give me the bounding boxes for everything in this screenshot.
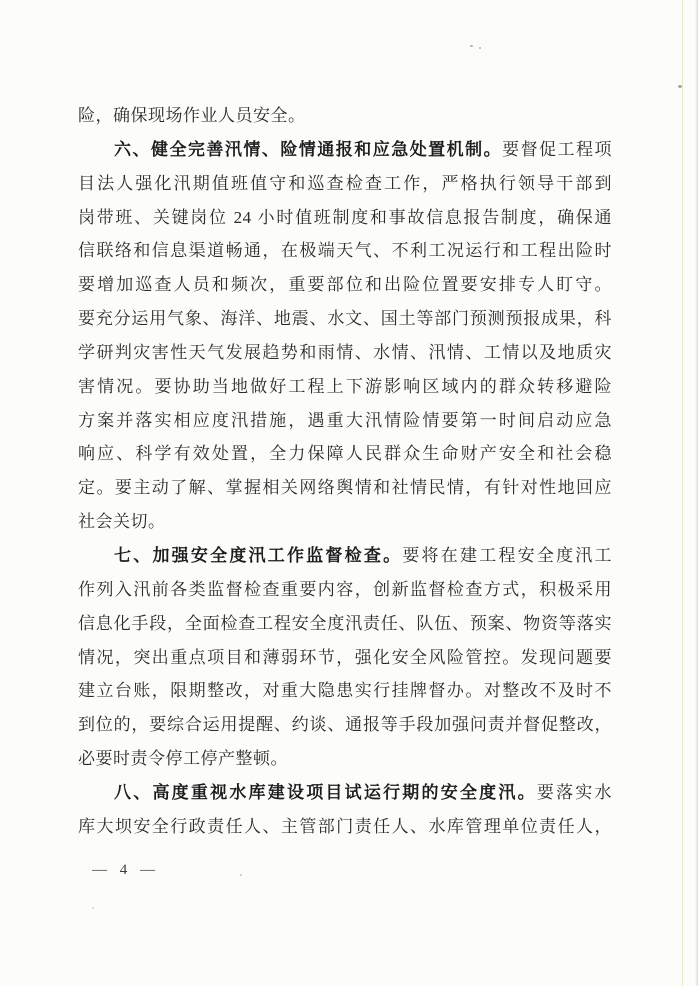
document-body: 险，确保现场作业人员安全。六、健全完善汛情、险情通报和应急处置机制。要督促工程项… [78,99,612,844]
body-text: 库大坝安全行政责任人、主管部门责任人、水库管理单位责任人， [78,817,612,836]
scan-speck [92,907,94,909]
text-line: 响应、科学有效处置，全力保障人民群众生命财产安全和社会稳 [78,437,612,471]
text-line: 险，确保现场作业人员安全。 [78,99,612,133]
body-text: 岗带班、关键岗位 24 小时值班制度和事故信息报告制度，确保通 [78,208,612,227]
text-line: 库大坝安全行政责任人、主管部门责任人、水库管理单位责任人， [78,810,612,844]
text-line: 害情况。要协助当地做好工程上下游影响区域内的群众转移避险 [78,370,612,404]
body-text: 必要时责令停工停产整顿。 [78,749,288,768]
scan-line-artifact [682,0,683,986]
body-text: 社会关切。 [78,512,166,531]
body-text: 目法人强化汛期值班值守和巡查检查工作，严格执行领导干部到 [78,174,612,193]
scan-speck [678,85,682,88]
text-line: 必要时责令停工停产整顿。 [78,742,612,776]
body-text: 害情况。要协助当地做好工程上下游影响区域内的群众转移避险 [78,377,612,396]
text-line: 八、高度重视水库建设项目试运行期的安全度汛。要落实水 [78,776,612,810]
text-line: 六、健全完善汛情、险情通报和应急处置机制。要督促工程项 [78,133,612,167]
text-line: 要充分运用气象、海洋、地震、水文、国土等部门预测预报成果，科 [78,302,612,336]
body-text: 要充分运用气象、海洋、地震、水文、国土等部门预测预报成果，科 [78,309,612,328]
section-heading: 七、加强安全度汛工作监督检查。 [114,546,402,565]
document-page: 险，确保现场作业人员安全。六、健全完善汛情、险情通报和应急处置机制。要督促工程项… [0,0,698,986]
body-text: 方案并落实相应度汛措施，遇重大汛情险情要第一时间启动应急 [78,411,612,430]
text-line: 社会关切。 [78,505,612,539]
body-text: 要落实水 [537,783,612,802]
scan-speck [240,874,242,876]
body-text: 建立台账，限期整改，对重大隐患实行挂牌督办。对整改不及时不 [78,681,612,700]
text-line: 情况，突出重点项目和薄弱环节，强化安全风险管控。发现问题要 [78,641,612,675]
scan-speck [479,47,481,49]
body-text: 到位的，要综合运用提醒、约谈、通报等手段加强问责并督促整改， [78,715,612,734]
text-line: 七、加强安全度汛工作监督检查。要将在建工程安全度汛工 [78,539,612,573]
body-text: 要将在建工程安全度汛工 [402,546,612,565]
section-heading: 八、高度重视水库建设项目试运行期的安全度汛。 [114,783,537,802]
text-line: 信息化手段，全面检查工程安全度汛责任、队伍、预案、物资等落实 [78,607,612,641]
scan-speck [470,45,473,47]
text-line: 目法人强化汛期值班值守和巡查检查工作，严格执行领导干部到 [78,167,612,201]
body-text: 定。要主动了解、掌握相关网络舆情和社情民情，有针对性地回应 [78,478,612,497]
text-line: 作列入汛前各类监督检查重要内容，创新监督检查方式，积极采用 [78,573,612,607]
text-line: 岗带班、关键岗位 24 小时值班制度和事故信息报告制度，确保通 [78,201,612,235]
body-text: 要增加巡查人员和频次，重要部位和出险位置要安排专人盯守。 [78,275,612,294]
body-text: 学研判灾害性天气发展趋势和雨情、水情、汛情、工情以及地质灾 [78,343,612,362]
text-line: 定。要主动了解、掌握相关网络舆情和社情民情，有针对性地回应 [78,471,612,505]
page-number: — 4 — [92,858,156,882]
body-text: 作列入汛前各类监督检查重要内容，创新监督检查方式，积极采用 [78,580,612,599]
text-line: 学研判灾害性天气发展趋势和雨情、水情、汛情、工情以及地质灾 [78,336,612,370]
body-text: 险，确保现场作业人员安全。 [78,106,306,125]
text-line: 信联络和信息渠道畅通，在极端天气、不利工况运行和工程出险时 [78,234,612,268]
text-line: 建立台账，限期整改，对重大隐患实行挂牌督办。对整改不及时不 [78,674,612,708]
body-text: 信息化手段，全面检查工程安全度汛责任、队伍、预案、物资等落实 [78,614,612,633]
text-line: 到位的，要综合运用提醒、约谈、通报等手段加强问责并督促整改， [78,708,612,742]
body-text: 信联络和信息渠道畅通，在极端天气、不利工况运行和工程出险时 [78,241,612,260]
body-text: 情况，突出重点项目和薄弱环节，强化安全风险管控。发现问题要 [78,648,612,667]
body-text: 响应、科学有效处置，全力保障人民群众生命财产安全和社会稳 [78,444,612,463]
body-text: 要督促工程项 [502,140,612,159]
text-line: 方案并落实相应度汛措施，遇重大汛情险情要第一时间启动应急 [78,404,612,438]
section-heading: 六、健全完善汛情、险情通报和应急处置机制。 [114,140,502,159]
text-line: 要增加巡查人员和频次，重要部位和出险位置要安排专人盯守。 [78,268,612,302]
